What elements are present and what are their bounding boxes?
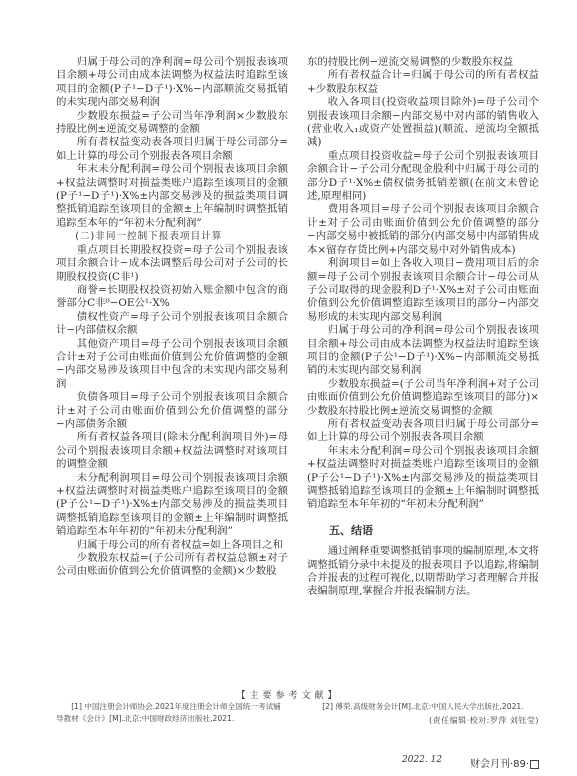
paragraph: 所有者权益各项目(除未分配利润项目外)=母公司个别报表该项目余额+权益法调整时对… [56,431,288,471]
paragraph: 少数股东损益=子公司当年净利润×少数股东持股比例±逆流交易调整的金额 [56,110,288,137]
paragraph: 负债各项目=母子公司个别报表该项目余额合计±对子公司由账面价值到公允价值调整的部… [56,391,288,431]
paragraph: 年末未分配利润=母公司个别报表该项目余额+权益法调整时对损益类账户追踪至该项目的… [56,163,288,230]
footer-date: 2022. 12 [402,755,442,765]
section-heading-conclusion: 五、结语 [307,524,539,537]
paragraph: 费用各项目=母子公司个别报表该项目余额合计±对子公司由账面价值到公允价值调整的部… [307,203,539,257]
paragraph: 所有者权益合计=归属于母公司的所有者权益+少数股东权益 [307,69,539,96]
paragraph: 未分配利润项目=母公司个别报表该项目余额+权益法调整时对损益类账户追踪至该项目的… [56,472,288,539]
paragraph: 所有者权益变动表各项目归属于母公司部分=如上计算的母公司个别报表各项目余额 [56,136,288,163]
paragraph: 利润项目=如上各收入项目−费用项目后的余额=母子公司个别报表该项目余额合计−母公… [307,257,539,324]
paragraph-continuation: 东的持股比例−逆流交易调整的少数股东权益 [307,56,539,69]
reference-item: [2] 傅荣.高级财务会计[M].北京:中国人民大学出版社,2021. [307,701,539,713]
paragraph: 收入各项目(投资收益项目除外)=母子公司个别报表该项目余额−内部交易中对内部的销… [307,96,539,150]
paragraph: 所有者权益变动表各项目归属于母公司部分=如上计算的母公司个别报表各项目余额 [307,418,539,445]
references-title: 【主要参考文献】 [0,688,577,701]
square-icon [530,760,539,769]
paragraph: 归属于母公司的净利润=母公司个别报表该项目余额+母公司由成本法调整为权益法时追踪… [56,56,288,110]
left-column: 归属于母公司的净利润=母公司个别报表该项目余额+母公司由成本法调整为权益法时追踪… [56,56,288,579]
journal-page-label: 财会月刊·89· [470,759,529,770]
paragraph: 重点项目投资收益=母子公司个别报表该项目余额合计−子公司分配现金股利中归属于母公… [307,150,539,204]
paragraph: 商誉=长期股权投资初始入账金额中包含的商誉部分C非⁰−OE公¹·X% [56,284,288,311]
paragraph: 债权性资产=母子公司个别报表该项目余额合计−内部债权余额 [56,311,288,338]
reference-item: [1] 中国注册会计师协会.2021年度注册会计师全国统一考试辅导教材《会计》[… [56,701,288,725]
paragraph: 归属于母公司的所有者权益=如上各项目之和 [56,539,288,552]
references-left: [1] 中国注册会计师协会.2021年度注册会计师全国统一考试辅导教材《会计》[… [56,701,288,725]
paragraph: 其他资产项目=母子公司个别报表该项目余额合计±对子公司由账面价值到公允价值调整的… [56,338,288,392]
right-column: 东的持股比例−逆流交易调整的少数股东权益 所有者权益合计=归属于母公司的所有者权… [307,56,539,599]
paragraph: 少数股东权益=(子公司所有者权益总额±对子公司由账面价值到公允价值调整的金额)×… [56,552,288,579]
editor-note: (责任编辑·校对:罗萍 刘钰莹) [307,715,539,727]
subsection-heading: (二)非同一控制下报表项目计算 [56,230,288,243]
footer-journal-page: 财会月刊·89· [470,755,539,770]
paragraph: 通过阐释重要调整抵销事项的编制原理,本文将调整抵销分录中未提及的报表项目予以追踪… [307,545,539,599]
paragraph: 归属于母公司的净利润=母公司个别报表该项目余额+母公司由成本法调整为权益法时追踪… [307,324,539,378]
paragraph: 重点项目长期股权投资=母子公司个别报表该项目余额合计−成本法调整后母公司对子公司… [56,244,288,284]
paragraph: 年末未分配利润=母公司个别报表该项目余额+权益法调整时对损益类账户追踪至该项目的… [307,445,539,512]
references-right: [2] 傅荣.高级财务会计[M].北京:中国人民大学出版社,2021. (责任编… [307,701,539,727]
paragraph: 少数股东损益=(子公司当年净利润+对子公司由账面价值到公允价值调整追踪至该项目的… [307,378,539,418]
